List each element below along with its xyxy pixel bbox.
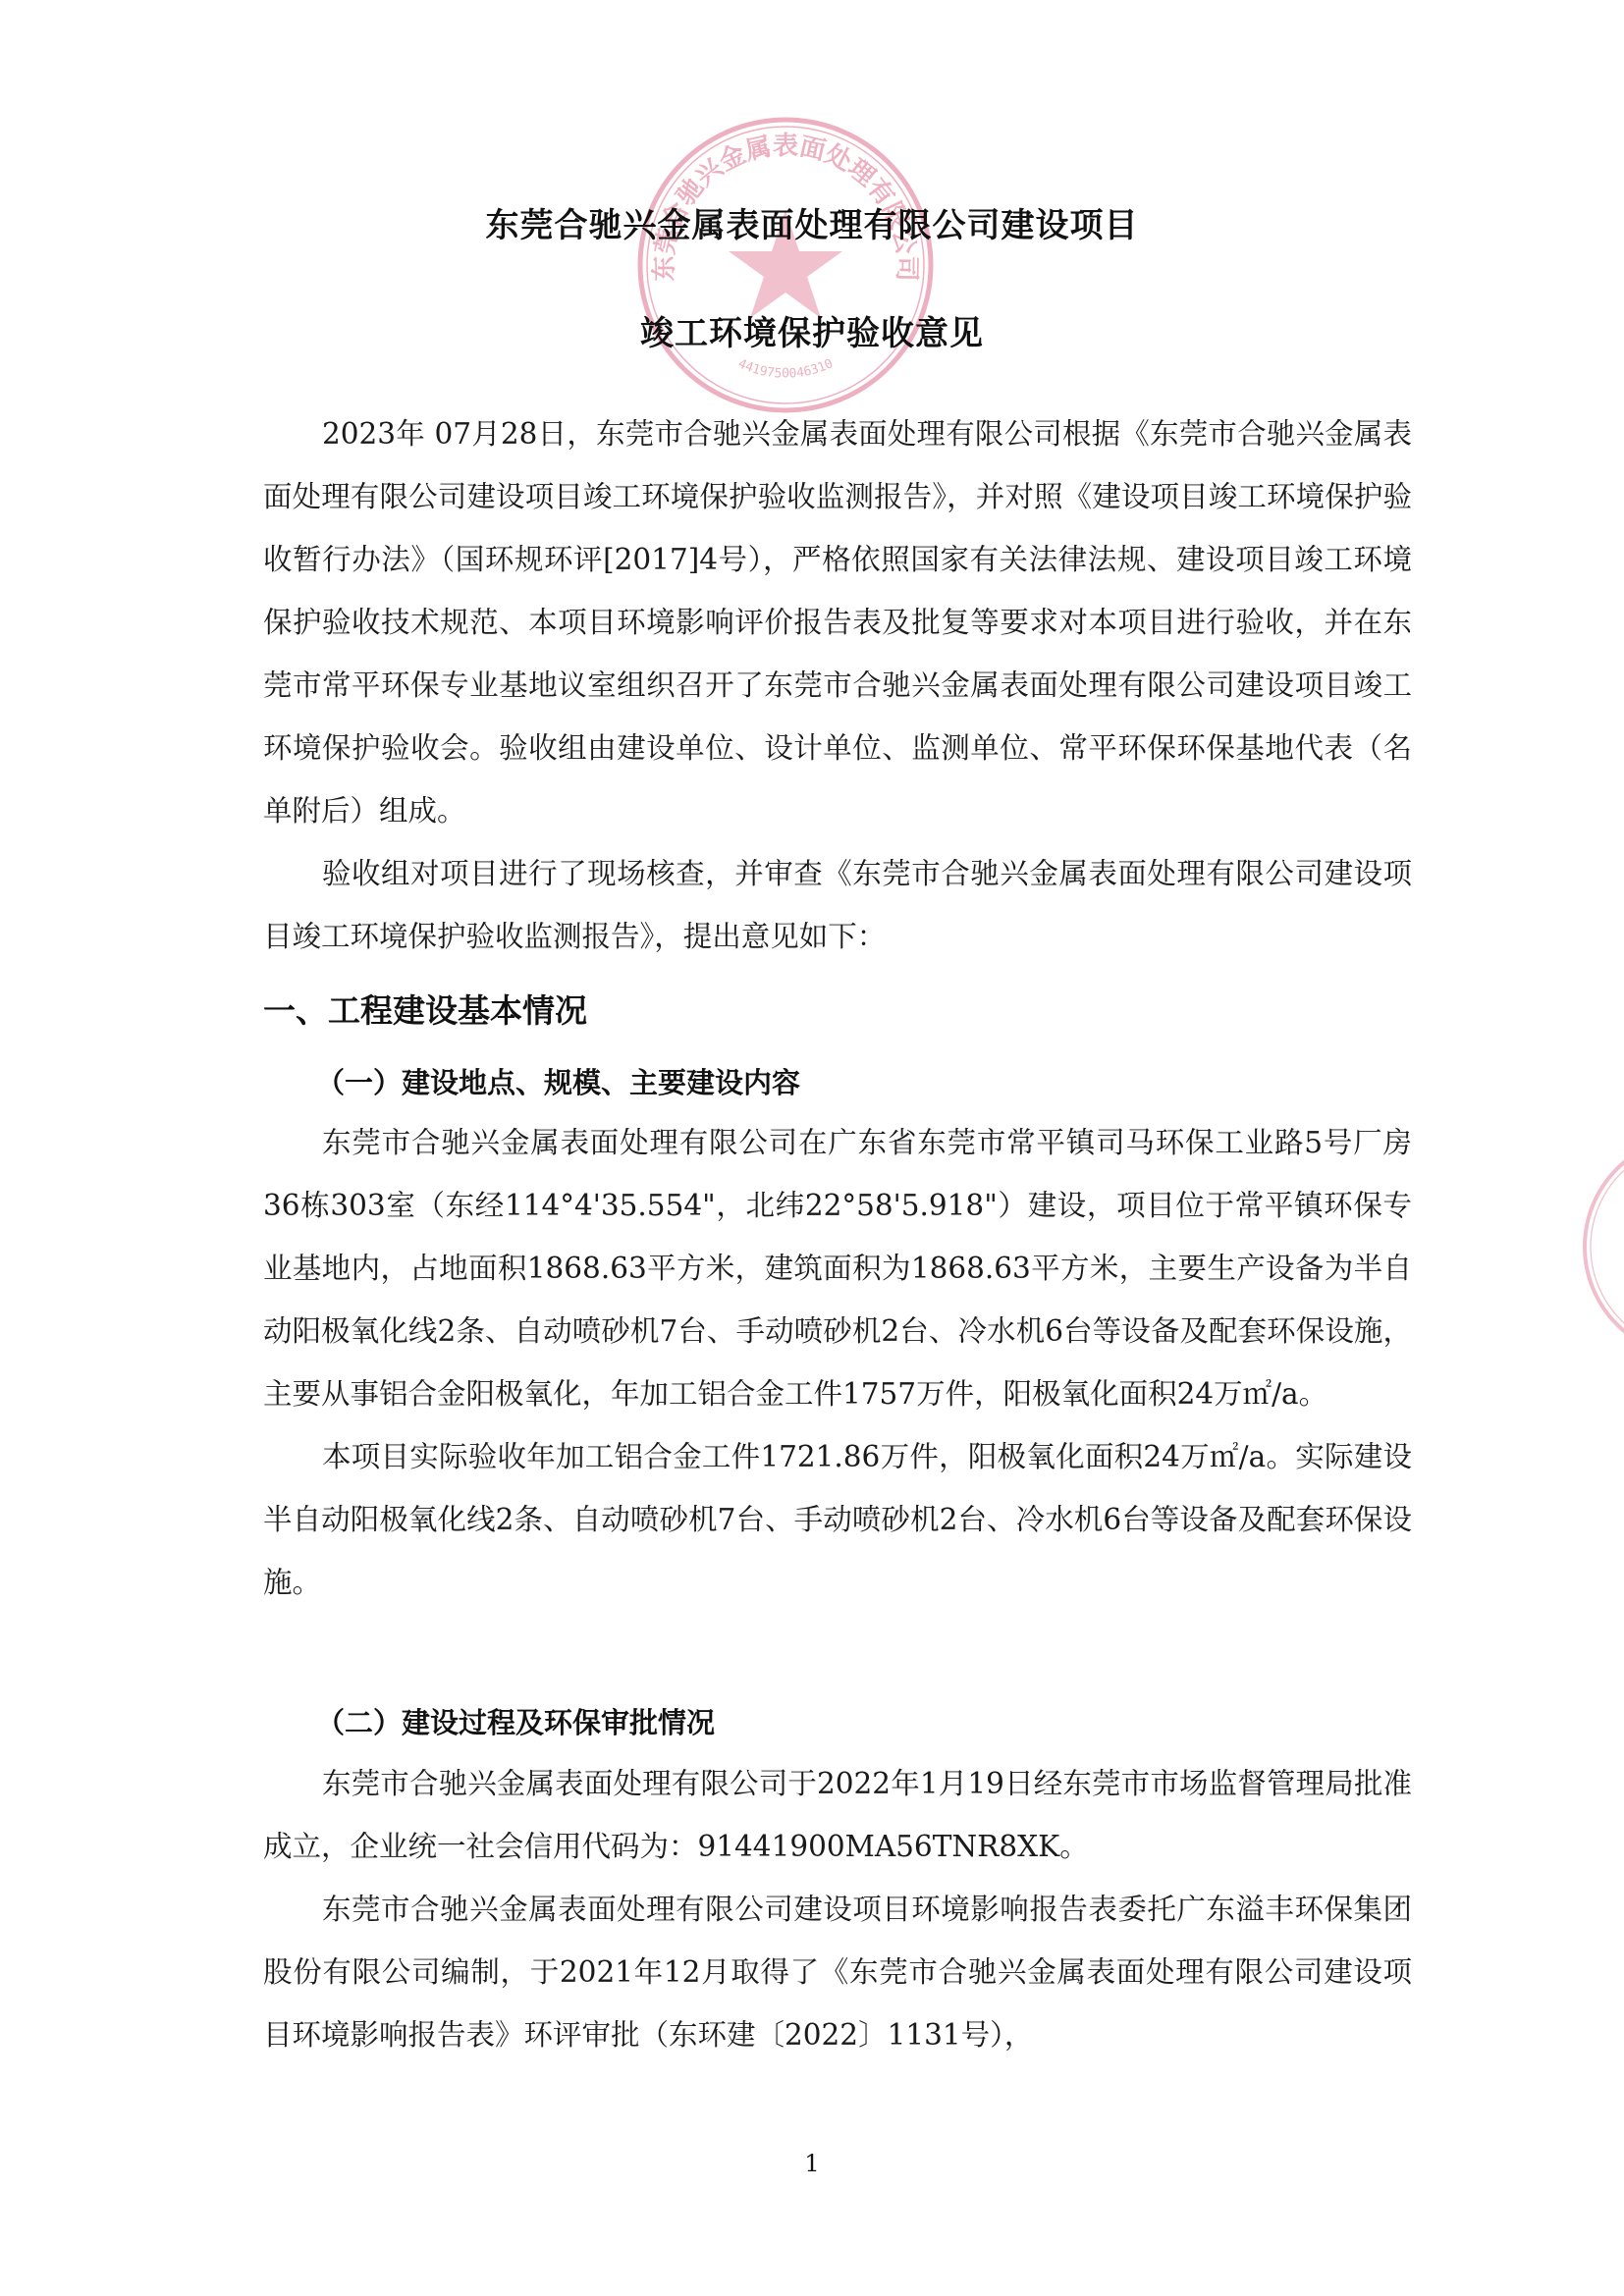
intro-paragraph: 验收组对项目进行了现场核查，并审查《东莞市合驰兴金属表面处理有限公司建设项目竣工…: [263, 842, 1412, 968]
body-paragraph: 东莞市合驰兴金属表面处理有限公司在广东省东莞市常平镇司马环保工业路5号厂房36栋…: [263, 1111, 1412, 1425]
body-paragraph: 本项目实际验收年加工铝合金工件1721.86万件，阳极氧化面积24万㎡/a。实际…: [263, 1425, 1412, 1614]
document-title-line1: 东莞合驰兴金属表面处理有限公司建设项目: [0, 206, 1624, 245]
partial-seal-icon: [1577, 1129, 1624, 1364]
body-paragraph: 东莞市合驰兴金属表面处理有限公司于2022年1月19日经东莞市市场监督管理局批准…: [263, 1752, 1412, 1878]
subsection-heading: （一）建设地点、规模、主要建设内容: [316, 1063, 800, 1102]
page-number: 1: [0, 2150, 1624, 2177]
section-heading: 一、工程建设基本情况: [263, 991, 587, 1031]
company-seal-icon: 东莞合驰兴金属表面处理有限公司 4419750046310: [636, 116, 935, 414]
intro-paragraph: 2023年 07月28日，东莞市合驰兴金属表面处理有限公司根据《东莞市合驰兴金属…: [263, 402, 1412, 842]
subsection2-body: 东莞市合驰兴金属表面处理有限公司于2022年1月19日经东莞市市场监督管理局批准…: [263, 1752, 1412, 2066]
body-paragraph: 东莞市合驰兴金属表面处理有限公司建设项目环境影响报告表委托广东溢丰环保集团股份有…: [263, 1878, 1412, 2066]
document-page: 东莞合驰兴金属表面处理有限公司 4419750046310 东莞合驰兴金属表面处…: [0, 0, 1624, 2296]
svg-text:4419750046310: 4419750046310: [735, 356, 836, 382]
subsection-heading: （二）建设过程及环保审批情况: [316, 1703, 715, 1742]
document-title-line2: 竣工环境保护验收意见: [0, 314, 1624, 353]
intro-section: 2023年 07月28日，东莞市合驰兴金属表面处理有限公司根据《东莞市合驰兴金属…: [263, 402, 1412, 968]
subsection1-body: 东莞市合驰兴金属表面处理有限公司在广东省东莞市常平镇司马环保工业路5号厂房36栋…: [263, 1111, 1412, 1614]
